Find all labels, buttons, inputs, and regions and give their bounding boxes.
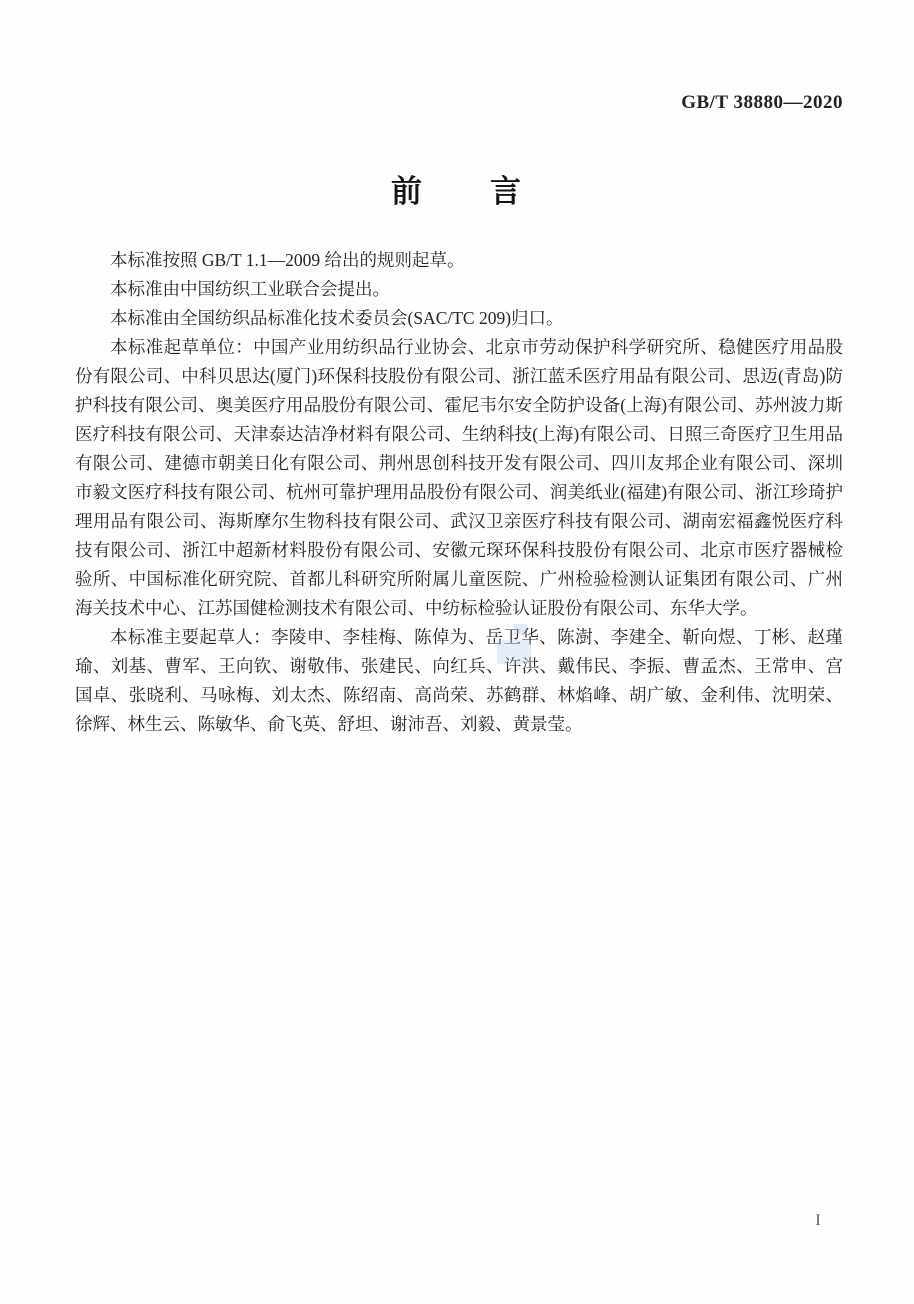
paragraph-drafting-rule: 本标准按照 GB/T 1.1—2009 给出的规则起草。 <box>75 246 843 275</box>
standard-code: GB/T 38880—2020 <box>681 92 843 114</box>
page-title: 前 言 <box>0 166 914 211</box>
paragraph-drafting-organizations: 本标准起草单位：中国产业用纺织品行业协会、北京市劳动保护科学研究所、稳健医疗用品… <box>75 333 843 623</box>
paragraph-committee: 本标准由全国纺织品标准化技术委员会(SAC/TC 209)归口。 <box>75 304 843 333</box>
page-number: I <box>808 1212 828 1230</box>
paragraph-proposed-by: 本标准由中国纺织工业联合会提出。 <box>75 275 843 304</box>
document-page: GB/T 38880—2020 前 言 本标准按照 GB/T 1.1—2009 … <box>0 0 914 1304</box>
document-body: 本标准按照 GB/T 1.1—2009 给出的规则起草。 本标准由中国纺织工业联… <box>75 246 843 739</box>
paragraph-main-drafters: 本标准主要起草人：李陵申、李桂梅、陈倬为、岳卫华、陈澍、李建全、靳向煜、丁彬、赵… <box>75 623 843 739</box>
